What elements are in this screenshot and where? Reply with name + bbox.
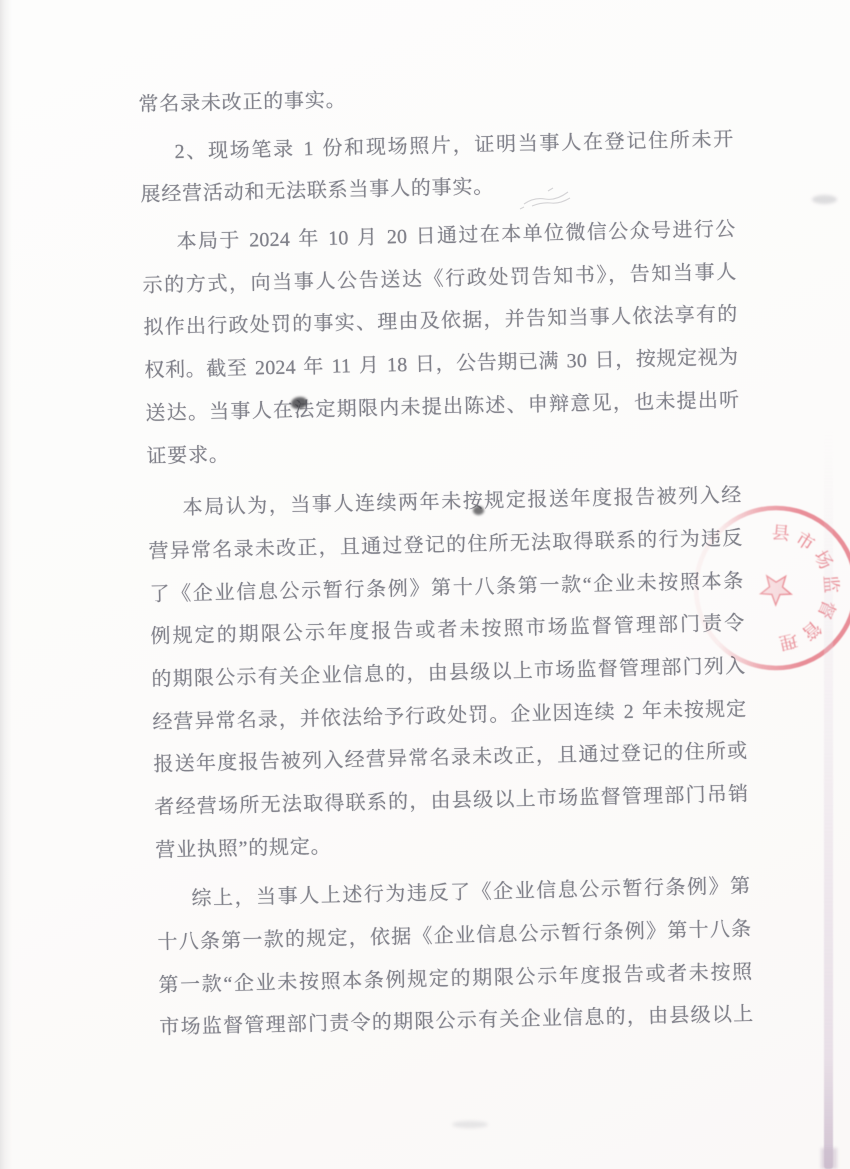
seal-character: 监	[820, 575, 841, 594]
scanned-document-page: 常名录未改正的事实。2、现场笔录 1 份和现场照片，证明当事人在登记住所未开展经…	[0, 0, 850, 1169]
faint-smudge	[812, 195, 837, 204]
official-red-seal: 县市场监督管理	[646, 458, 850, 718]
seal-character: 督	[814, 597, 839, 621]
seal-character: 理	[777, 630, 799, 654]
seal-character: 市	[792, 528, 818, 554]
faint-smudge	[452, 1121, 488, 1128]
paragraph: 综上，当事人上述行为违反了《企业信息公示暂行条例》第十八条第一款的规定，依据《企…	[156, 866, 754, 1050]
scan-left-edge-shadow	[0, 0, 12, 1169]
paragraph: 常名录未改正的事实。	[138, 71, 733, 127]
seal-character: 县	[771, 522, 791, 543]
paragraph: 本局于 2024 年 10 月 20 日通过在本单位微信公众号进行公示的方式，向…	[141, 209, 741, 479]
paper-fold-mark	[821, 1148, 837, 1169]
text-line: 常名录未改正的事实。	[138, 71, 733, 127]
paragraph: 2、现场笔录 1 份和现场照片，证明当事人在登记住所未开展经营活动和无法联系当事…	[139, 118, 735, 217]
seal-character: 场	[810, 547, 836, 573]
seal-character: 管	[798, 617, 825, 644]
seal-star-icon	[754, 567, 795, 608]
